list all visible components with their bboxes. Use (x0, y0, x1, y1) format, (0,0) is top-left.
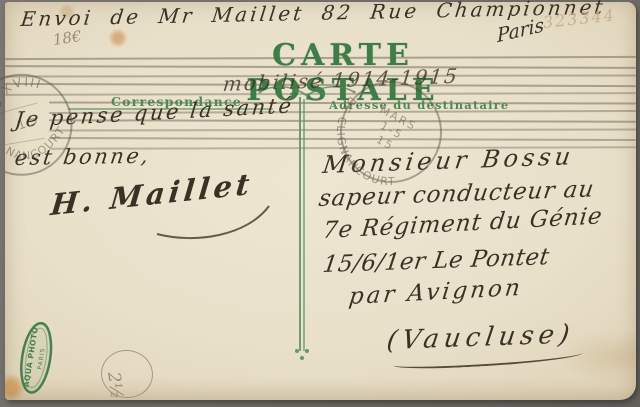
postmark-paris-xviii: S XVIII NANCOURT 1 5 (0, 47, 105, 193)
address-line: par Avignon (347, 275, 524, 310)
divider-end-dot (295, 349, 299, 353)
divider-end-dot (305, 349, 309, 353)
postcard-back: CARTE POSTALE Correspondance Adresse du … (5, 2, 636, 400)
pencil-circled-mark: 2½ (98, 347, 156, 402)
aqua-photo-logo: AQUA PHOTO PARIS (9, 315, 65, 403)
svg-text:NANCOURT: NANCOURT (0, 122, 73, 168)
svg-text:1 5: 1 5 (15, 112, 40, 133)
address-line: 15/6/1er Le Pontet (321, 244, 551, 278)
divider-end-dot (300, 356, 304, 360)
postmark-clignancourt: DE CLIGNANCOURT MARS 1-5 15 (325, 76, 463, 194)
signature-flourish (155, 200, 275, 244)
pencil-price: 18€ (52, 27, 83, 49)
center-divider-line (303, 99, 305, 351)
pencil-circled-mark-text: 2½ (104, 371, 127, 401)
postcard-scan: CARTE POSTALE Correspondance Adresse du … (0, 0, 640, 407)
center-divider-line (299, 97, 301, 351)
